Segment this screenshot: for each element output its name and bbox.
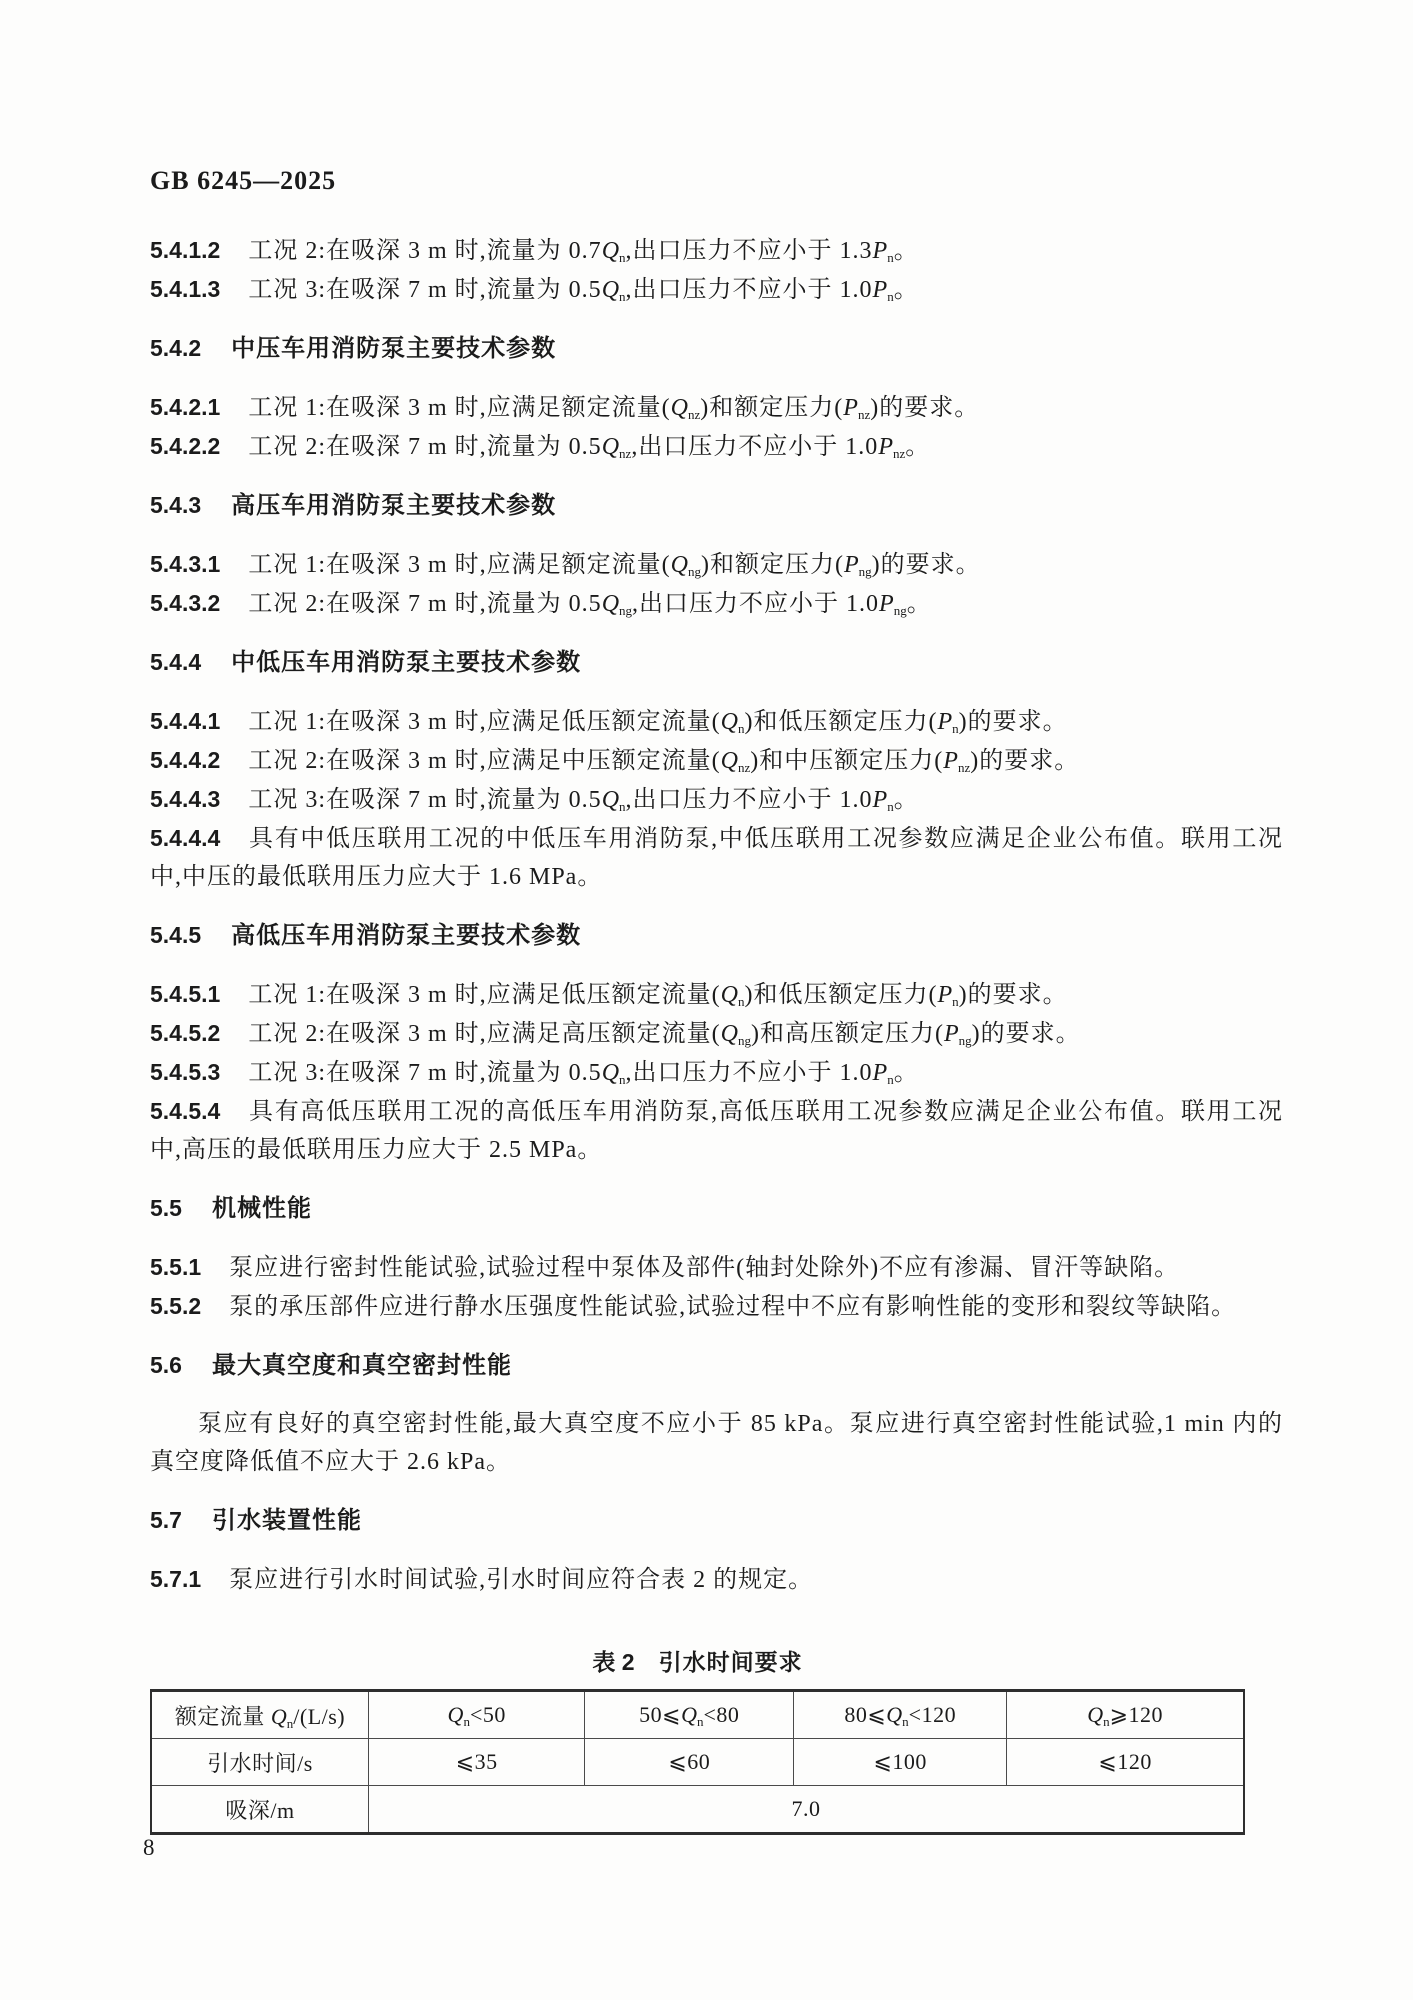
table-cell: 吸深/m — [151, 1786, 369, 1834]
clause-5-5-2: 5.5.2泵的承压部件应进行静水压强度性能试验,试验过程中不应有影响性能的变形和… — [150, 1287, 1283, 1326]
heading-number: 5.6 — [150, 1352, 182, 1378]
table-cell: 50⩽Qn<80 — [585, 1691, 794, 1739]
clause-text: 工况 2:在吸深 3 m 时,应满足高压额定流量(Qng)和高压额定压力(Png… — [248, 1021, 1080, 1047]
clause-5-4-2-1: 5.4.2.1工况 1:在吸深 3 m 时,应满足额定流量(Qnz)和额定压力(… — [150, 388, 1283, 427]
clause-5-7-1: 5.7.1泵应进行引水时间试验,引水时间应符合表 2 的规定。 — [150, 1560, 1283, 1599]
clause-number: 5.4.2.1 — [150, 394, 220, 420]
clause-text: 工况 3:在吸深 7 m 时,流量为 0.5Qn,出口压力不应小于 1.0Pn。 — [248, 787, 918, 813]
clause-number: 5.4.5.4 — [150, 1098, 220, 1124]
clause-number: 5.4.5.2 — [150, 1020, 220, 1046]
table-caption-label: 表 2 — [592, 1649, 634, 1675]
document-page: GB 6245—2025 5.4.1.2工况 2:在吸深 3 m 时,流量为 0… — [0, 0, 1413, 2000]
priming-time-table: 额定流量 Qn/(L/s) Qn<50 50⩽Qn<80 80⩽Qn<120 Q… — [150, 1689, 1245, 1835]
table-cell: Qn<50 — [369, 1691, 585, 1739]
clause-text: 工况 1:在吸深 3 m 时,应满足额定流量(Qnz)和额定压力(Pnz)的要求… — [248, 395, 979, 421]
clause-text: 工况 1:在吸深 3 m 时,应满足额定流量(Qng)和额定压力(Png)的要求… — [248, 552, 980, 578]
clause-5-4-4-2: 5.4.4.2工况 2:在吸深 3 m 时,应满足中压额定流量(Qnz)和中压额… — [150, 741, 1283, 780]
heading-text: 高压车用消防泵主要技术参数 — [231, 492, 556, 519]
clause-number: 5.4.3.1 — [150, 551, 220, 577]
page-body: 5.4.1.2工况 2:在吸深 3 m 时,流量为 0.7Qn,出口压力不应小于… — [150, 231, 1283, 1835]
heading-number: 5.5 — [150, 1195, 182, 1221]
clause-text: 具有高低压联用工况的高低压车用消防泵,高低压联用工况参数应满足企业公布值。联用工… — [150, 1099, 1283, 1163]
table-cell: 引水时间/s — [151, 1739, 369, 1786]
clause-5-5-1: 5.5.1泵应进行密封性能试验,试验过程中泵体及部件(轴封处除外)不应有渗漏、冒… — [150, 1248, 1283, 1287]
clause-number: 5.4.1.3 — [150, 276, 220, 302]
clause-text: 泵应进行引水时间试验,引水时间应符合表 2 的规定。 — [229, 1567, 813, 1593]
section-heading-5-7: 5.7引水装置性能 — [150, 1501, 1283, 1540]
clause-text: 工况 1:在吸深 3 m 时,应满足低压额定流量(Qn)和低压额定压力(Pn)的… — [248, 709, 1067, 735]
table-cell: ⩽120 — [1007, 1739, 1244, 1786]
table-cell: Qn⩾120 — [1007, 1691, 1244, 1739]
table-row-rated-flow: 额定流量 Qn/(L/s) Qn<50 50⩽Qn<80 80⩽Qn<120 Q… — [151, 1691, 1244, 1739]
clause-text: 具有中低压联用工况的中低压车用消防泵,中低压联用工况参数应满足企业公布值。联用工… — [150, 826, 1283, 890]
section-heading-5-5: 5.5机械性能 — [150, 1189, 1283, 1228]
paragraph-5-6: 泵应有良好的真空密封性能,最大真空度不应小于 85 kPa。泵应进行真空密封性能… — [150, 1405, 1283, 1481]
clause-5-4-1-2: 5.4.1.2工况 2:在吸深 3 m 时,流量为 0.7Qn,出口压力不应小于… — [150, 231, 1283, 270]
clause-5-4-4-3: 5.4.4.3工况 3:在吸深 7 m 时,流量为 0.5Qn,出口压力不应小于… — [150, 780, 1283, 819]
clause-5-4-4-4: 5.4.4.4具有中低压联用工况的中低压车用消防泵,中低压联用工况参数应满足企业… — [150, 819, 1283, 896]
clause-number: 5.7.1 — [150, 1566, 201, 1592]
clause-text: 工况 2:在吸深 7 m 时,流量为 0.5Qnz,出口压力不应小于 1.0Pn… — [248, 434, 930, 460]
clause-5-4-3-1: 5.4.3.1工况 1:在吸深 3 m 时,应满足额定流量(Qng)和额定压力(… — [150, 545, 1283, 584]
standard-code: GB 6245—2025 — [150, 166, 336, 196]
clause-5-4-1-3: 5.4.1.3工况 3:在吸深 7 m 时,流量为 0.5Qn,出口压力不应小于… — [150, 270, 1283, 309]
table-cell: ⩽60 — [585, 1739, 794, 1786]
table-row-priming-time: 引水时间/s ⩽35 ⩽60 ⩽100 ⩽120 — [151, 1739, 1244, 1786]
heading-number: 5.4.4 — [150, 649, 201, 675]
table-caption-title: 引水时间要求 — [659, 1649, 803, 1675]
clause-number: 5.4.4.4 — [150, 825, 220, 851]
heading-text: 高低压车用消防泵主要技术参数 — [231, 922, 581, 949]
clause-5-4-4-1: 5.4.4.1工况 1:在吸深 3 m 时,应满足低压额定流量(Qn)和低压额定… — [150, 702, 1283, 741]
clause-number: 5.4.5.3 — [150, 1059, 220, 1085]
section-heading-5-6: 5.6最大真空度和真空密封性能 — [150, 1346, 1283, 1385]
section-heading-5-4-4: 5.4.4中低压车用消防泵主要技术参数 — [150, 643, 1283, 682]
heading-number: 5.4.5 — [150, 922, 201, 948]
heading-text: 中压车用消防泵主要技术参数 — [231, 335, 556, 362]
clause-text: 泵应进行密封性能试验,试验过程中泵体及部件(轴封处除外)不应有渗漏、冒汗等缺陷。 — [229, 1255, 1179, 1281]
clause-text: 工况 2:在吸深 3 m 时,应满足中压额定流量(Qnz)和中压额定压力(Pnz… — [248, 748, 1079, 774]
clause-number: 5.4.1.2 — [150, 237, 220, 263]
clause-number: 5.4.3.2 — [150, 590, 220, 616]
clause-5-4-3-2: 5.4.3.2工况 2:在吸深 7 m 时,流量为 0.5Qng,出口压力不应小… — [150, 584, 1283, 623]
section-heading-5-4-5: 5.4.5高低压车用消防泵主要技术参数 — [150, 916, 1283, 955]
clause-number: 5.4.4.1 — [150, 708, 220, 734]
clause-text: 工况 1:在吸深 3 m 时,应满足低压额定流量(Qn)和低压额定压力(Pn)的… — [248, 982, 1067, 1008]
clause-number: 5.4.5.1 — [150, 981, 220, 1007]
heading-text: 最大真空度和真空密封性能 — [212, 1352, 512, 1379]
table-row-suction-depth: 吸深/m 7.0 — [151, 1786, 1244, 1834]
heading-number: 5.4.3 — [150, 492, 201, 518]
clause-number: 5.4.2.2 — [150, 433, 220, 459]
clause-5-4-2-2: 5.4.2.2工况 2:在吸深 7 m 时,流量为 0.5Qnz,出口压力不应小… — [150, 427, 1283, 466]
clause-5-4-5-4: 5.4.5.4具有高低压联用工况的高低压车用消防泵,高低压联用工况参数应满足企业… — [150, 1092, 1283, 1169]
clause-text: 工况 3:在吸深 7 m 时,流量为 0.5Qn,出口压力不应小于 1.0Pn。 — [248, 277, 918, 303]
heading-number: 5.4.2 — [150, 335, 201, 361]
section-heading-5-4-2: 5.4.2中压车用消防泵主要技术参数 — [150, 329, 1283, 368]
table-cell: ⩽35 — [369, 1739, 585, 1786]
table-cell: 7.0 — [369, 1786, 1245, 1834]
heading-text: 中低压车用消防泵主要技术参数 — [231, 649, 581, 676]
table-cell: 额定流量 Qn/(L/s) — [151, 1691, 369, 1739]
page-number: 8 — [143, 1835, 155, 1861]
heading-number: 5.7 — [150, 1507, 182, 1533]
clause-text: 工况 2:在吸深 3 m 时,流量为 0.7Qn,出口压力不应小于 1.3Pn。 — [248, 238, 918, 264]
clause-number: 5.4.4.3 — [150, 786, 220, 812]
table-caption: 表 2引水时间要求 — [150, 1643, 1245, 1681]
heading-text: 引水装置性能 — [212, 1507, 362, 1534]
table-cell: ⩽100 — [794, 1739, 1007, 1786]
clause-number: 5.5.2 — [150, 1293, 201, 1319]
clause-number: 5.4.4.2 — [150, 747, 220, 773]
clause-5-4-5-2: 5.4.5.2工况 2:在吸深 3 m 时,应满足高压额定流量(Qng)和高压额… — [150, 1014, 1283, 1053]
clause-5-4-5-3: 5.4.5.3工况 3:在吸深 7 m 时,流量为 0.5Qn,出口压力不应小于… — [150, 1053, 1283, 1092]
table-cell: 80⩽Qn<120 — [794, 1691, 1007, 1739]
clause-text: 工况 3:在吸深 7 m 时,流量为 0.5Qn,出口压力不应小于 1.0Pn。 — [248, 1060, 918, 1086]
clause-number: 5.5.1 — [150, 1254, 201, 1280]
clause-5-4-5-1: 5.4.5.1工况 1:在吸深 3 m 时,应满足低压额定流量(Qn)和低压额定… — [150, 975, 1283, 1014]
clause-text: 泵的承压部件应进行静水压强度性能试验,试验过程中不应有影响性能的变形和裂纹等缺陷… — [229, 1294, 1236, 1320]
heading-text: 机械性能 — [212, 1195, 312, 1222]
clause-text: 工况 2:在吸深 7 m 时,流量为 0.5Qng,出口压力不应小于 1.0Pn… — [248, 591, 931, 617]
section-heading-5-4-3: 5.4.3高压车用消防泵主要技术参数 — [150, 486, 1283, 525]
